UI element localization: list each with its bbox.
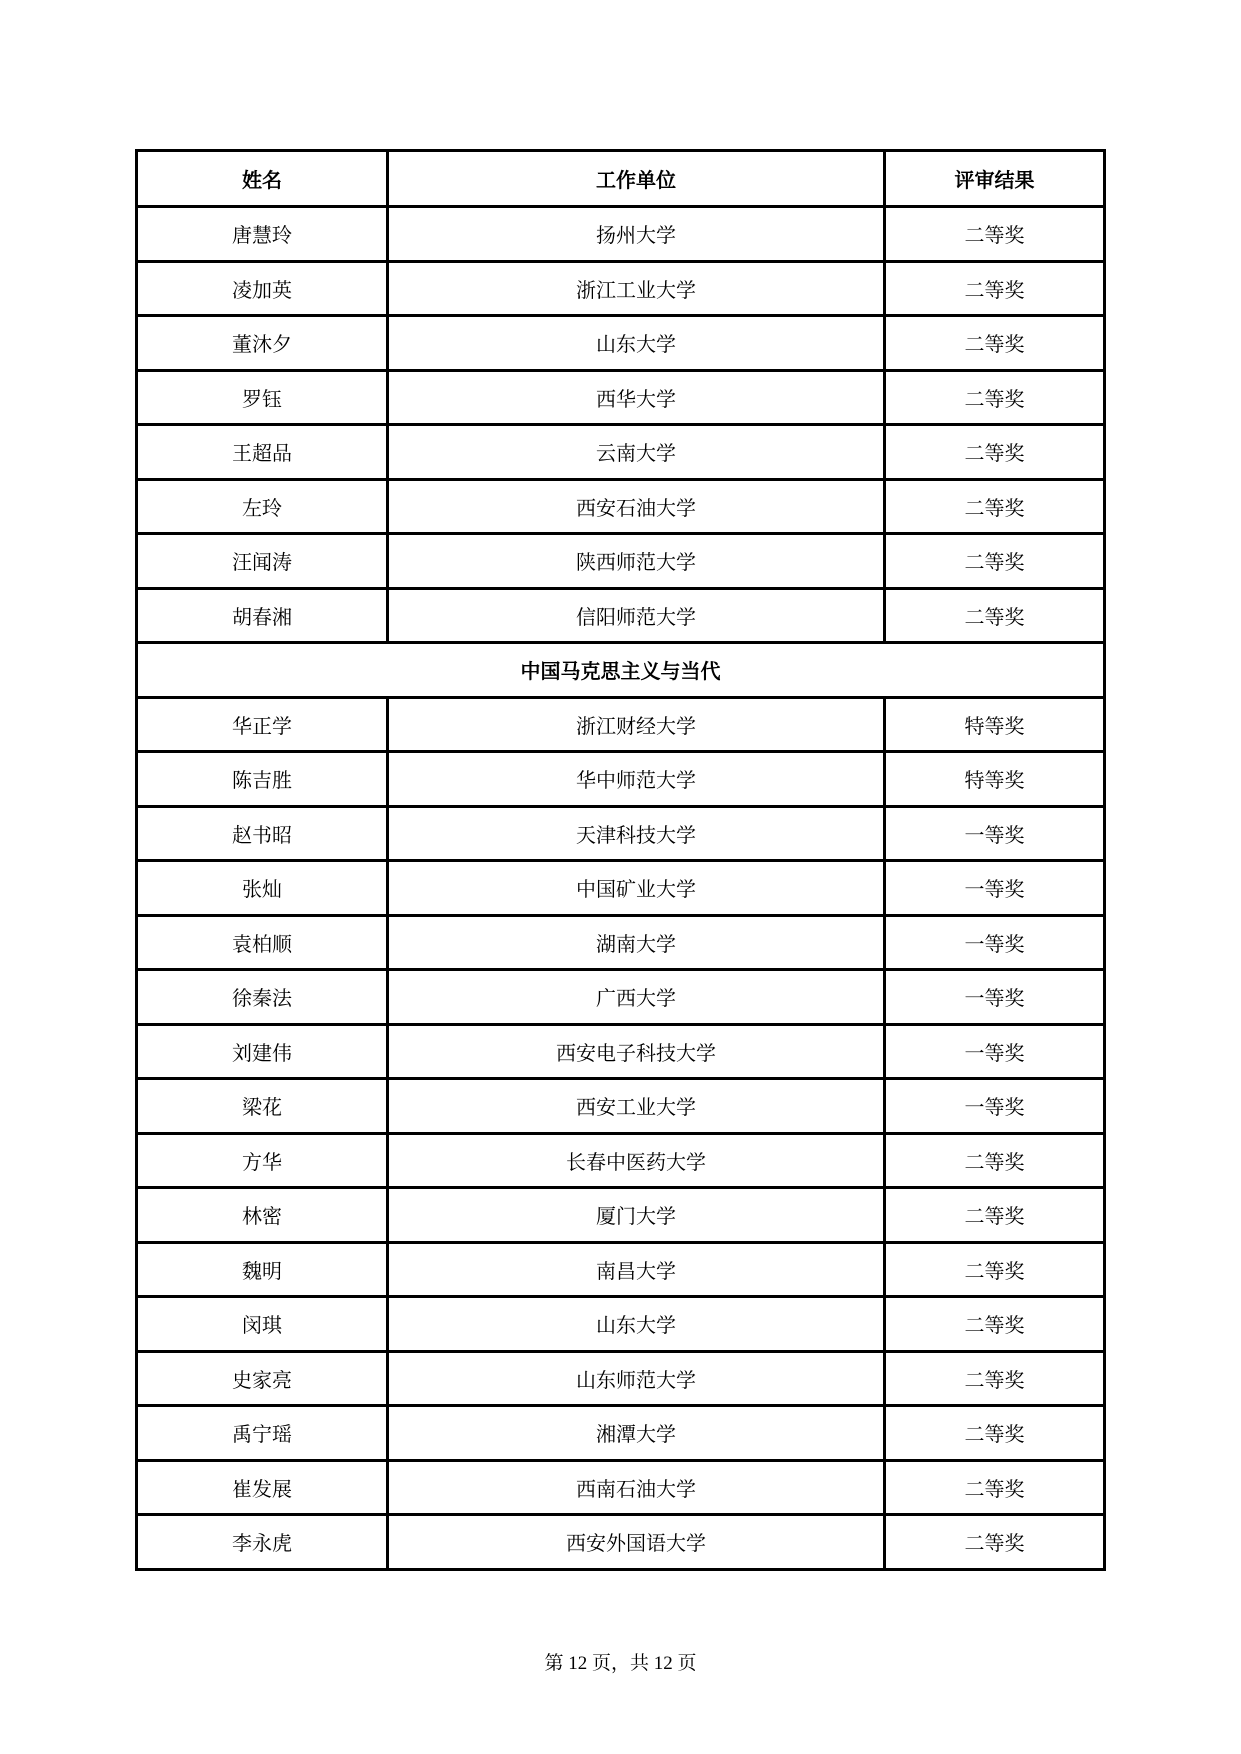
section-header-row: 中国马克思主义与当代 [137,643,1105,698]
organization-cell: 陕西师范大学 [388,534,885,589]
organization-cell: 山东大学 [388,1297,885,1352]
name-cell: 李永虎 [137,1515,388,1570]
award-results-table: 姓名 工作单位 评审结果 唐慧玲扬州大学二等奖凌加英浙江工业大学二等奖董沐夕山东… [135,149,1106,1571]
table-row: 左玲西安石油大学二等奖 [137,479,1105,534]
organization-cell: 长春中医药大学 [388,1133,885,1188]
table-row: 梁花西安工业大学一等奖 [137,1079,1105,1134]
name-cell: 唐慧玲 [137,207,388,262]
header-cell-name: 姓名 [137,151,388,207]
organization-cell: 扬州大学 [388,207,885,262]
organization-cell: 浙江工业大学 [388,261,885,316]
table-row: 胡春湘信阳师范大学二等奖 [137,588,1105,643]
award-cell: 二等奖 [885,425,1105,480]
table-row: 袁柏顺湖南大学一等奖 [137,915,1105,970]
table-row: 林密厦门大学二等奖 [137,1188,1105,1243]
table-row: 李永虎西安外国语大学二等奖 [137,1515,1105,1570]
name-cell: 张灿 [137,861,388,916]
award-cell: 二等奖 [885,1133,1105,1188]
award-cell: 特等奖 [885,752,1105,807]
name-cell: 徐秦法 [137,970,388,1025]
award-cell: 一等奖 [885,806,1105,861]
organization-cell: 天津科技大学 [388,806,885,861]
name-cell: 方华 [137,1133,388,1188]
table-row: 凌加英浙江工业大学二等奖 [137,261,1105,316]
organization-cell: 湖南大学 [388,915,885,970]
award-cell: 二等奖 [885,1406,1105,1461]
award-cell: 二等奖 [885,588,1105,643]
table-header: 姓名 工作单位 评审结果 [137,151,1105,207]
name-cell: 禹宁瑶 [137,1406,388,1461]
organization-cell: 信阳师范大学 [388,588,885,643]
name-cell: 赵书昭 [137,806,388,861]
table-body: 唐慧玲扬州大学二等奖凌加英浙江工业大学二等奖董沐夕山东大学二等奖罗钰西华大学二等… [137,207,1105,1570]
name-cell: 汪闻涛 [137,534,388,589]
organization-cell: 西安石油大学 [388,479,885,534]
table-row: 史家亮山东师范大学二等奖 [137,1351,1105,1406]
name-cell: 崔发展 [137,1460,388,1515]
award-cell: 二等奖 [885,370,1105,425]
award-cell: 一等奖 [885,1024,1105,1079]
award-cell: 二等奖 [885,1351,1105,1406]
award-cell: 二等奖 [885,207,1105,262]
organization-cell: 中国矿业大学 [388,861,885,916]
name-cell: 袁柏顺 [137,915,388,970]
name-cell: 左玲 [137,479,388,534]
award-cell: 一等奖 [885,861,1105,916]
table-row: 魏明南昌大学二等奖 [137,1242,1105,1297]
award-cell: 二等奖 [885,1460,1105,1515]
table-row: 禹宁瑶湘潭大学二等奖 [137,1406,1105,1461]
organization-cell: 山东大学 [388,316,885,371]
organization-cell: 云南大学 [388,425,885,480]
table-row: 董沐夕山东大学二等奖 [137,316,1105,371]
table-row: 唐慧玲扬州大学二等奖 [137,207,1105,262]
section-header-cell: 中国马克思主义与当代 [137,643,1105,698]
name-cell: 魏明 [137,1242,388,1297]
organization-cell: 山东师范大学 [388,1351,885,1406]
name-cell: 陈吉胜 [137,752,388,807]
award-cell: 二等奖 [885,1297,1105,1352]
award-cell: 二等奖 [885,1188,1105,1243]
table-row: 王超品云南大学二等奖 [137,425,1105,480]
organization-cell: 湘潭大学 [388,1406,885,1461]
name-cell: 华正学 [137,697,388,752]
name-cell: 史家亮 [137,1351,388,1406]
award-cell: 二等奖 [885,316,1105,371]
award-cell: 二等奖 [885,1242,1105,1297]
award-cell: 二等奖 [885,1515,1105,1570]
table-row: 刘建伟西安电子科技大学一等奖 [137,1024,1105,1079]
name-cell: 林密 [137,1188,388,1243]
document-page: 姓名 工作单位 评审结果 唐慧玲扬州大学二等奖凌加英浙江工业大学二等奖董沐夕山东… [0,0,1241,1754]
award-cell: 二等奖 [885,479,1105,534]
name-cell: 董沐夕 [137,316,388,371]
organization-cell: 广西大学 [388,970,885,1025]
table-row: 崔发展西南石油大学二等奖 [137,1460,1105,1515]
table-row: 方华长春中医药大学二等奖 [137,1133,1105,1188]
organization-cell: 浙江财经大学 [388,697,885,752]
organization-cell: 西安外国语大学 [388,1515,885,1570]
table-row: 赵书昭天津科技大学一等奖 [137,806,1105,861]
organization-cell: 厦门大学 [388,1188,885,1243]
award-cell: 一等奖 [885,915,1105,970]
organization-cell: 华中师范大学 [388,752,885,807]
organization-cell: 西华大学 [388,370,885,425]
name-cell: 凌加英 [137,261,388,316]
table-row: 陈吉胜华中师范大学特等奖 [137,752,1105,807]
award-cell: 一等奖 [885,970,1105,1025]
name-cell: 胡春湘 [137,588,388,643]
table-row: 徐秦法广西大学一等奖 [137,970,1105,1025]
table-row: 华正学浙江财经大学特等奖 [137,697,1105,752]
award-cell: 二等奖 [885,261,1105,316]
organization-cell: 西安工业大学 [388,1079,885,1134]
table-row: 汪闻涛陕西师范大学二等奖 [137,534,1105,589]
name-cell: 闵琪 [137,1297,388,1352]
award-cell: 二等奖 [885,534,1105,589]
header-cell-result: 评审结果 [885,151,1105,207]
header-cell-organization: 工作单位 [388,151,885,207]
table-row: 罗钰西华大学二等奖 [137,370,1105,425]
table-row: 闵琪山东大学二等奖 [137,1297,1105,1352]
organization-cell: 西安电子科技大学 [388,1024,885,1079]
name-cell: 罗钰 [137,370,388,425]
header-row: 姓名 工作单位 评审结果 [137,151,1105,207]
name-cell: 王超品 [137,425,388,480]
table-row: 张灿中国矿业大学一等奖 [137,861,1105,916]
award-cell: 特等奖 [885,697,1105,752]
organization-cell: 南昌大学 [388,1242,885,1297]
name-cell: 刘建伟 [137,1024,388,1079]
organization-cell: 西南石油大学 [388,1460,885,1515]
page-number-footer: 第 12 页，共 12 页 [0,1648,1241,1675]
award-cell: 一等奖 [885,1079,1105,1134]
name-cell: 梁花 [137,1079,388,1134]
